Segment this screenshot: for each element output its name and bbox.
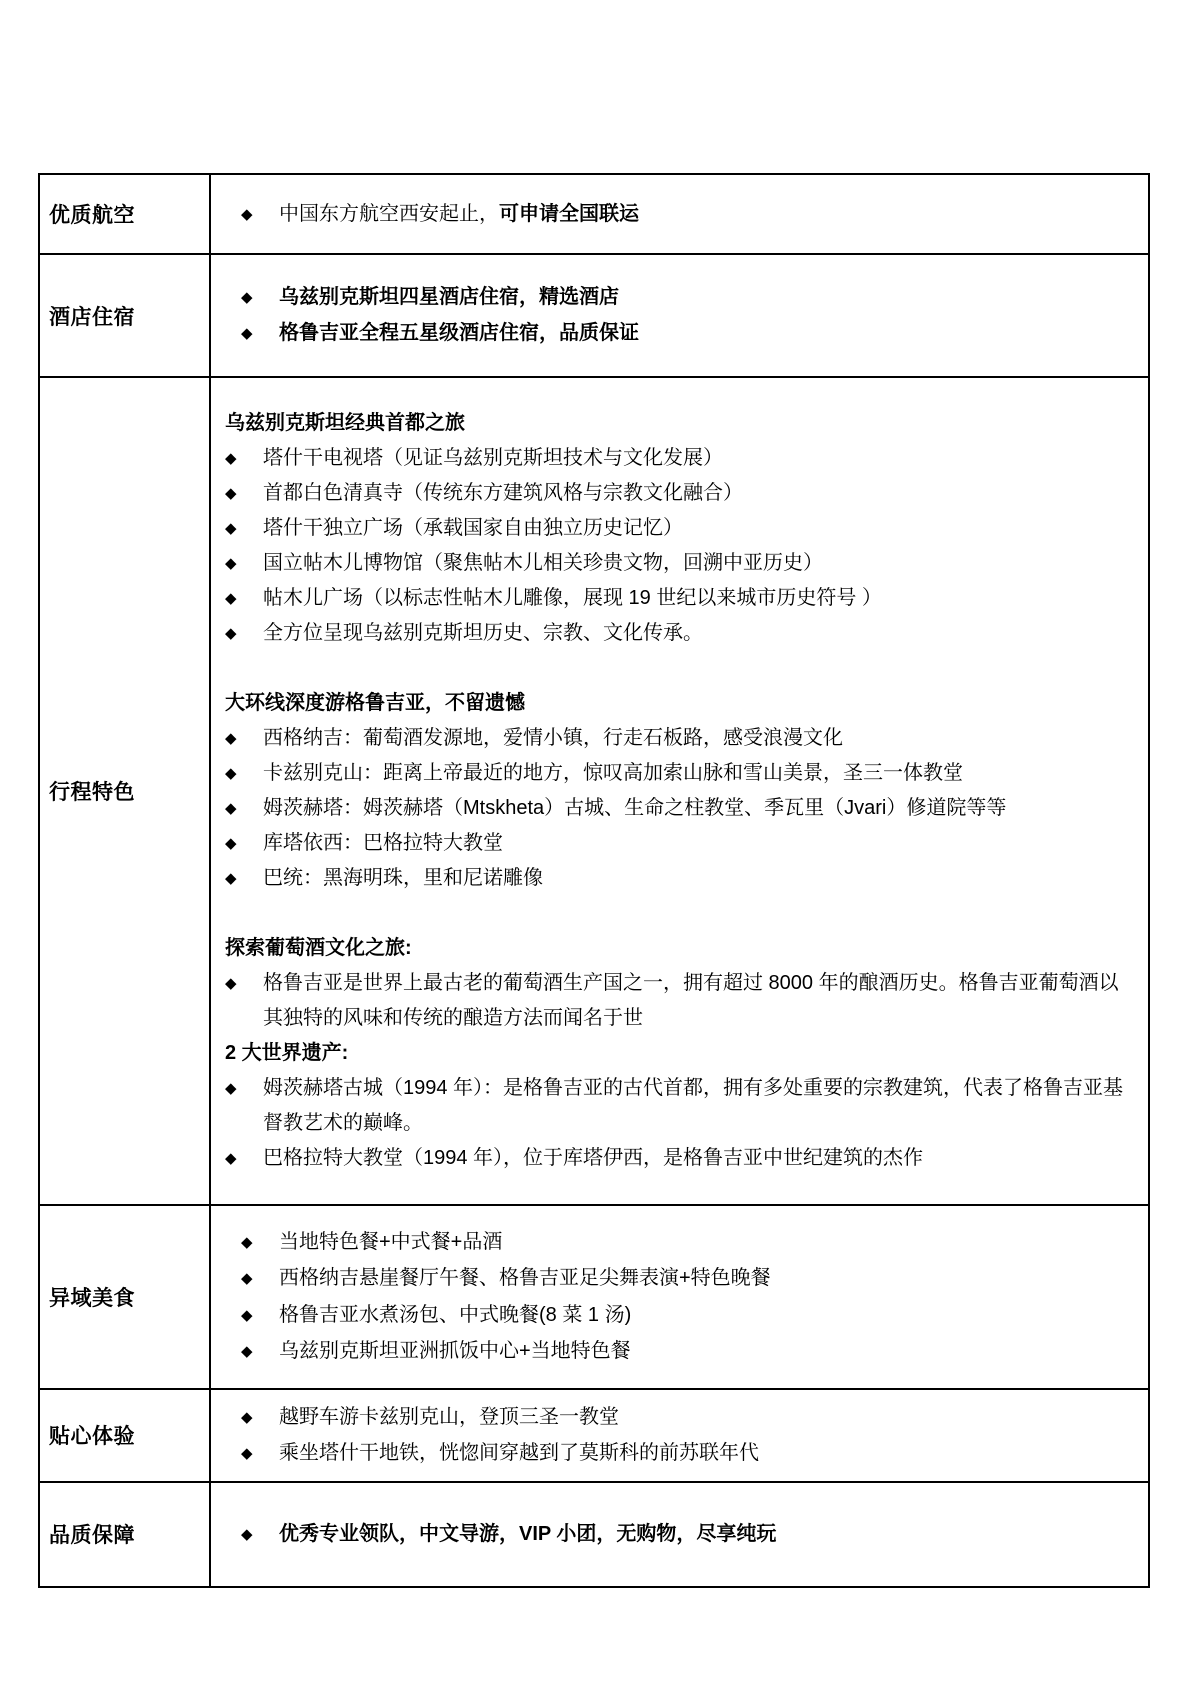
text-segment: 格鲁吉亚是世界上最古老的葡萄酒生产国之一，拥有超过 8000 年的酿酒历史。格鲁… [263,972,1119,1029]
bullet-diamond-icon: ◆ [225,1071,263,1106]
bullet-diamond-icon: ◆ [225,616,263,651]
bullet-diamond-icon: ◆ [225,756,263,791]
bullet-diamond-icon: ◆ [225,966,263,1001]
row-label: 品质保障 [39,1482,210,1587]
content-line: ◆格鲁吉亚全程五星级酒店住宿，品质保证 [241,316,1128,351]
trip-features-table: 优质航空◆中国东方航空西安起止，可申请全国联运酒店住宿◆乌兹别克斯坦四星酒店住宿… [38,173,1150,1588]
text-segment: 格鲁吉亚水煮汤包、中式晚餐(8 菜 1 汤) [279,1304,631,1326]
bullet-text: 塔什干独立广场（承载国家自由独立历史记忆） [263,511,1128,546]
content-line: ◆库塔依西：巴格拉特大教堂 [225,826,1128,861]
content-line: ◆格鲁吉亚水煮汤包、中式晚餐(8 菜 1 汤) [241,1298,1128,1333]
content-line: ◆姆茨赫塔：姆茨赫塔（Mtskheta）古城、生命之柱教堂、季瓦里（Jvari）… [225,791,1128,826]
content-line: ◆越野车游卡兹别克山，登顶三圣一教堂 [241,1400,1128,1435]
bullet-text: 姆茨赫塔古城（1994 年）：是格鲁吉亚的古代首都，拥有多处重要的宗教建筑，代表… [263,1071,1128,1141]
text-segment: 姆茨赫塔古城（1994 年）：是格鲁吉亚的古代首都，拥有多处重要的宗教建筑，代表… [263,1077,1123,1134]
text-segment: 格鲁吉亚全程五星级酒店住宿，品质保证 [279,322,639,344]
bullet-diamond-icon: ◆ [241,316,279,351]
bullet-diamond-icon: ◆ [241,1298,279,1333]
text-segment: 探索葡萄酒文化之旅: [225,937,412,959]
bullet-diamond-icon: ◆ [225,511,263,546]
text-segment: 当地特色餐+中式餐+品酒 [279,1231,502,1253]
text-segment: 越野车游卡兹别克山，登顶三圣一教堂 [279,1406,619,1428]
content-line: ◆优秀专业领队，中文导游，VIP 小团，无购物，尽享纯玩 [241,1517,1128,1552]
bullet-diamond-icon: ◆ [225,791,263,826]
text-segment: 乘坐塔什干地铁，恍惚间穿越到了莫斯科的前苏联年代 [279,1442,759,1464]
table-row: 异域美食◆当地特色餐+中式餐+品酒◆西格纳吉悬崖餐厅午餐、格鲁吉亚足尖舞表演+特… [39,1205,1149,1389]
content-line: 乌兹别克斯坦经典首都之旅 [225,406,1128,441]
content-line: ◆卡兹别克山：距离上帝最近的地方，惊叹高加索山脉和雪山美景，圣三一体教堂 [225,756,1128,791]
bullet-text: 中国东方航空西安起止，可申请全国联运 [279,197,1128,232]
bullet-text: 帖木儿广场（以标志性帖木儿雕像，展现 19 世纪以来城市历史符号 ） [263,581,1128,616]
text-segment: 西格纳吉悬崖餐厅午餐、格鲁吉亚足尖舞表演+特色晚餐 [279,1267,771,1289]
bullet-diamond-icon: ◆ [241,1517,279,1552]
content-line: ◆姆茨赫塔古城（1994 年）：是格鲁吉亚的古代首都，拥有多处重要的宗教建筑，代… [225,1071,1128,1141]
bullet-text: 格鲁吉亚全程五星级酒店住宿，品质保证 [279,316,1128,351]
content-line: 大环线深度游格鲁吉亚，不留遗憾 [225,686,1128,721]
text-segment: 乌兹别克斯坦亚洲抓饭中心+当地特色餐 [279,1340,631,1362]
text-segment: 乌兹别克斯坦经典首都之旅 [225,412,465,434]
content-line: ◆乌兹别克斯坦亚洲抓饭中心+当地特色餐 [241,1334,1128,1369]
table-body: 优质航空◆中国东方航空西安起止，可申请全国联运酒店住宿◆乌兹别克斯坦四星酒店住宿… [39,174,1149,1587]
bullet-diamond-icon: ◆ [225,476,263,511]
text-segment: 塔什干独立广场（承载国家自由独立历史记忆） [263,517,683,539]
bullet-diamond-icon: ◆ [225,546,263,581]
text-segment: 巴格拉特大教堂（1994 年），位于库塔伊西，是格鲁吉亚中世纪建筑的杰作 [263,1147,923,1169]
bullet-diamond-icon: ◆ [241,1400,279,1435]
content-line: ◆帖木儿广场（以标志性帖木儿雕像，展现 19 世纪以来城市历史符号 ） [225,581,1128,616]
bullet-diamond-icon: ◆ [225,861,263,896]
row-content: ◆优秀专业领队，中文导游，VIP 小团，无购物，尽享纯玩 [210,1482,1149,1587]
text-segment: 乌兹别克斯坦四星酒店住宿，精选酒店 [279,286,619,308]
content-line: ◆巴统：黑海明珠，里和尼诺雕像 [225,861,1128,896]
content-line: ◆塔什干电视塔（见证乌兹别克斯坦技术与文化发展） [225,441,1128,476]
bullet-text: 国立帖木儿博物馆（聚焦帖木儿相关珍贵文物，回溯中亚历史） [263,546,1128,581]
text-segment: 西格纳吉：葡萄酒发源地，爱情小镇，行走石板路，感受浪漫文化 [263,727,843,749]
bullet-text: 优秀专业领队，中文导游，VIP 小团，无购物，尽享纯玩 [279,1517,1128,1552]
blank-line [225,651,1128,686]
bullet-diamond-icon: ◆ [225,441,263,476]
bullet-diamond-icon: ◆ [241,280,279,315]
content-line: ◆国立帖木儿博物馆（聚焦帖木儿相关珍贵文物，回溯中亚历史） [225,546,1128,581]
row-label: 行程特色 [39,377,210,1205]
content-line: 2 大世界遗产: [225,1036,1128,1071]
text-segment: 首都白色清真寺（传统东方建筑风格与宗教文化融合） [263,482,743,504]
table-row: 行程特色乌兹别克斯坦经典首都之旅◆塔什干电视塔（见证乌兹别克斯坦技术与文化发展）… [39,377,1149,1205]
text-segment: 塔什干电视塔（见证乌兹别克斯坦技术与文化发展） [263,447,723,469]
row-label: 贴心体验 [39,1389,210,1482]
bullet-text: 塔什干电视塔（见证乌兹别克斯坦技术与文化发展） [263,441,1128,476]
bullet-text: 西格纳吉：葡萄酒发源地，爱情小镇，行走石板路，感受浪漫文化 [263,721,1128,756]
text-segment: 大环线深度游格鲁吉亚，不留遗憾 [225,692,525,714]
bullet-diamond-icon: ◆ [241,1225,279,1260]
content-line: ◆全方位呈现乌兹别克斯坦历史、宗教、文化传承。 [225,616,1128,651]
table-row: 品质保障◆优秀专业领队，中文导游，VIP 小团，无购物，尽享纯玩 [39,1482,1149,1587]
bullet-diamond-icon: ◆ [225,826,263,861]
text-segment: 中国东方航空西安起止， [279,203,499,225]
row-label: 优质航空 [39,174,210,254]
bullet-diamond-icon: ◆ [225,721,263,756]
content-line: ◆西格纳吉悬崖餐厅午餐、格鲁吉亚足尖舞表演+特色晚餐 [241,1261,1128,1296]
row-content: 乌兹别克斯坦经典首都之旅◆塔什干电视塔（见证乌兹别克斯坦技术与文化发展）◆首都白… [210,377,1149,1205]
content-line: ◆巴格拉特大教堂（1994 年），位于库塔伊西，是格鲁吉亚中世纪建筑的杰作 [225,1141,1128,1176]
bullet-text: 西格纳吉悬崖餐厅午餐、格鲁吉亚足尖舞表演+特色晚餐 [279,1261,1128,1296]
bullet-diamond-icon: ◆ [241,197,279,232]
blank-line [225,896,1128,931]
row-label: 酒店住宿 [39,254,210,377]
content-line: ◆格鲁吉亚是世界上最古老的葡萄酒生产国之一，拥有超过 8000 年的酿酒历史。格… [225,966,1128,1036]
bullet-text: 卡兹别克山：距离上帝最近的地方，惊叹高加索山脉和雪山美景，圣三一体教堂 [263,756,1128,791]
bullet-diamond-icon: ◆ [225,1141,263,1176]
bullet-text: 库塔依西：巴格拉特大教堂 [263,826,1128,861]
table-row: 酒店住宿◆乌兹别克斯坦四星酒店住宿，精选酒店◆格鲁吉亚全程五星级酒店住宿，品质保… [39,254,1149,377]
bullet-text: 全方位呈现乌兹别克斯坦历史、宗教、文化传承。 [263,616,1128,651]
text-segment: 卡兹别克山：距离上帝最近的地方，惊叹高加索山脉和雪山美景，圣三一体教堂 [263,762,963,784]
row-content: ◆中国东方航空西安起止，可申请全国联运 [210,174,1149,254]
content-line: ◆乌兹别克斯坦四星酒店住宿，精选酒店 [241,280,1128,315]
row-content: ◆乌兹别克斯坦四星酒店住宿，精选酒店◆格鲁吉亚全程五星级酒店住宿，品质保证 [210,254,1149,377]
bullet-text: 姆茨赫塔：姆茨赫塔（Mtskheta）古城、生命之柱教堂、季瓦里（Jvari）修… [263,791,1128,826]
table-row: 优质航空◆中国东方航空西安起止，可申请全国联运 [39,174,1149,254]
text-segment: 国立帖木儿博物馆（聚焦帖木儿相关珍贵文物，回溯中亚历史） [263,552,823,574]
text-segment: 2 大世界遗产: [225,1042,348,1064]
bullet-diamond-icon: ◆ [225,581,263,616]
bullet-text: 格鲁吉亚是世界上最古老的葡萄酒生产国之一，拥有超过 8000 年的酿酒历史。格鲁… [263,966,1128,1036]
content-line: ◆中国东方航空西安起止，可申请全国联运 [241,197,1128,232]
bullet-text: 当地特色餐+中式餐+品酒 [279,1225,1128,1260]
document-page: 优质航空◆中国东方航空西安起止，可申请全国联运酒店住宿◆乌兹别克斯坦四星酒店住宿… [0,0,1190,1683]
bullet-diamond-icon: ◆ [241,1436,279,1471]
text-segment: 库塔依西：巴格拉特大教堂 [263,832,503,854]
text-segment: 巴统：黑海明珠，里和尼诺雕像 [263,867,543,889]
bullet-text: 首都白色清真寺（传统东方建筑风格与宗教文化融合） [263,476,1128,511]
content-line: 探索葡萄酒文化之旅: [225,931,1128,966]
content-line: ◆乘坐塔什干地铁，恍惚间穿越到了莫斯科的前苏联年代 [241,1436,1128,1471]
text-segment: 姆茨赫塔：姆茨赫塔（Mtskheta）古城、生命之柱教堂、季瓦里（Jvari）修… [263,797,1006,819]
bullet-text: 乌兹别克斯坦四星酒店住宿，精选酒店 [279,280,1128,315]
text-segment: 全方位呈现乌兹别克斯坦历史、宗教、文化传承。 [263,622,703,644]
bullet-text: 巴统：黑海明珠，里和尼诺雕像 [263,861,1128,896]
bullet-text: 乘坐塔什干地铁，恍惚间穿越到了莫斯科的前苏联年代 [279,1436,1128,1471]
bullet-text: 越野车游卡兹别克山，登顶三圣一教堂 [279,1400,1128,1435]
bullet-text: 格鲁吉亚水煮汤包、中式晚餐(8 菜 1 汤) [279,1298,1128,1333]
bullet-diamond-icon: ◆ [241,1334,279,1369]
content-line: ◆当地特色餐+中式餐+品酒 [241,1225,1128,1260]
text-segment: 优秀专业领队，中文导游，VIP 小团，无购物，尽享纯玩 [279,1523,776,1545]
table-row: 贴心体验◆越野车游卡兹别克山，登顶三圣一教堂◆乘坐塔什干地铁，恍惚间穿越到了莫斯… [39,1389,1149,1482]
content-line: ◆塔什干独立广场（承载国家自由独立历史记忆） [225,511,1128,546]
bullet-diamond-icon: ◆ [241,1261,279,1296]
text-segment: 帖木儿广场（以标志性帖木儿雕像，展现 19 世纪以来城市历史符号 ） [263,587,882,609]
row-content: ◆越野车游卡兹别克山，登顶三圣一教堂◆乘坐塔什干地铁，恍惚间穿越到了莫斯科的前苏… [210,1389,1149,1482]
row-content: ◆当地特色餐+中式餐+品酒◆西格纳吉悬崖餐厅午餐、格鲁吉亚足尖舞表演+特色晚餐◆… [210,1205,1149,1389]
content-line: ◆首都白色清真寺（传统东方建筑风格与宗教文化融合） [225,476,1128,511]
bullet-text: 巴格拉特大教堂（1994 年），位于库塔伊西，是格鲁吉亚中世纪建筑的杰作 [263,1141,1128,1176]
row-label: 异域美食 [39,1205,210,1389]
content-line: ◆西格纳吉：葡萄酒发源地，爱情小镇，行走石板路，感受浪漫文化 [225,721,1128,756]
text-segment: 可申请全国联运 [499,203,639,225]
bullet-text: 乌兹别克斯坦亚洲抓饭中心+当地特色餐 [279,1334,1128,1369]
